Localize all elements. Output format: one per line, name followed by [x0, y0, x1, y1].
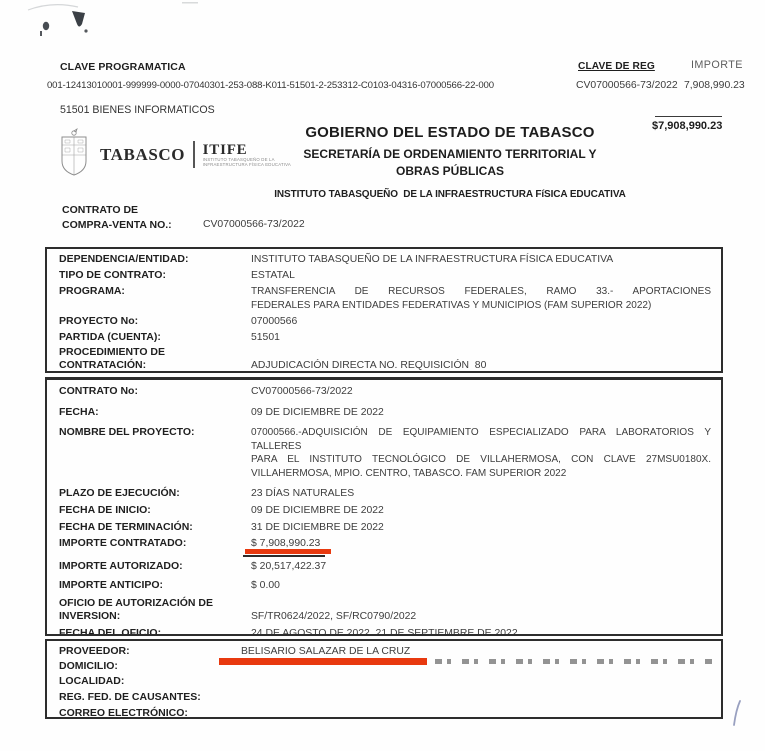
red-highlight-underline: [245, 549, 331, 554]
row-label: CORREO ELECTRÓNICO:: [59, 707, 241, 719]
row-value: 24 DE AGOSTO DE 2022, 21 DE SEPTIEMBRE D…: [251, 627, 711, 636]
table-row-nombre-proyecto: NOMBRE DEL PROYECTO: 07000566.-ADQUISICI…: [59, 426, 711, 480]
table-row-tipo-contrato: TIPO DE CONTRATO: ESTATAL: [59, 269, 711, 282]
document-header: GOBIERNO DEL ESTADO DE TABASCO SECRETARÍ…: [240, 124, 660, 180]
row-label: PROVEEDOR:: [59, 645, 241, 658]
row-value: TRANSFERENCIA DE RECURSOS FEDERALES, RAM…: [251, 285, 711, 312]
table-row-programa: PROGRAMA: TRANSFERENCIA DE RECURSOS FEDE…: [59, 285, 711, 312]
proyecto-line-2: PARA EL INSTITUTO TECNOLÓGICO DE VILLAHE…: [251, 453, 711, 467]
row-label: LOCALIDAD:: [59, 675, 241, 688]
row-value: ADJUDICACIÓN DIRECTA NO. REQUISICIÓN 80: [251, 359, 711, 372]
row-value: 09 DE DICIEMBRE DE 2022: [251, 504, 711, 517]
row-label: IMPORTE CONTRATADO:: [59, 537, 251, 550]
row-label: FECHA DE INICIO:: [59, 504, 251, 517]
row-value: ESTATAL: [251, 269, 711, 282]
general-info-box: DEPENDENCIA/ENTIDAD: INSTITUTO TABASQUEÑ…: [45, 247, 723, 373]
table-row-fecha-terminacion: FECHA DE TERMINACIÓN: 31 DE DICIEMBRE DE…: [59, 521, 711, 534]
clave-programatica-value: 001-12413010001-999999-0000-07040301-253…: [47, 80, 494, 91]
row-label: IMPORTE ANTICIPO:: [59, 579, 251, 592]
row-label: TIPO DE CONTRATO:: [59, 269, 251, 282]
table-row-importe-anticipo: IMPORTE ANTICIPO: $ 0.00: [59, 579, 711, 592]
row-label: REG. FED. DE CAUSANTES:: [59, 691, 241, 704]
contrato-label-line2: COMPRA-VENTA NO.:: [62, 218, 172, 233]
sum-rule-line: [243, 555, 325, 557]
row-label: OFICIO DE AUTORIZACIÓN DE INVERSION:: [59, 597, 251, 623]
row-value: 31 DE DICIEMBRE DE 2022: [251, 521, 711, 534]
row-label: PROGRAMA:: [59, 285, 251, 298]
row-label: PROCEDIMIENTO DE CONTRATACIÓN:: [59, 346, 251, 372]
clave-de-reg-label: CLAVE DE REG: [578, 61, 655, 72]
proyecto-line-3: VILLAHERMOSA, MPIO. CENTRO, TABASCO. FAM…: [251, 467, 711, 481]
red-highlight-underline: [219, 658, 427, 665]
row-label: PROYECTO No:: [59, 315, 251, 328]
row-value: 07000566: [251, 315, 711, 328]
row-value: 23 DÍAS NATURALES: [251, 487, 711, 500]
table-row-contrato-no: CONTRATO No: CV07000566-73/2022: [59, 385, 711, 398]
row-value: CV07000566-73/2022: [251, 385, 711, 398]
contrato-compra-venta-label: CONTRATO DE COMPRA-VENTA NO.:: [62, 203, 172, 233]
table-row-correo: CORREO ELECTRÓNICO:: [59, 707, 711, 719]
gobierno-title: GOBIERNO DEL ESTADO DE TABASCO: [240, 124, 660, 141]
row-label: PLAZO DE EJECUCIÓN:: [59, 487, 251, 500]
pen-slash-mark: [732, 700, 742, 726]
table-row-importe-autorizado: IMPORTE AUTORIZADO: $ 20,517,422.37: [59, 560, 711, 573]
row-label: FECHA DE TERMINACIÓN:: [59, 521, 251, 534]
secretaria-line-2: OBRAS PÚBLICAS: [240, 163, 660, 180]
table-row-importe-contratado: IMPORTE CONTRATADO: $ 7,908,990.23: [59, 537, 711, 550]
contrato-label-line1: CONTRATO DE: [62, 203, 172, 218]
secretaria-subtitle: SECRETARÍA DE ORDENAMIENTO TERRITORIAL Y…: [240, 146, 660, 180]
secretaria-line-1: SECRETARÍA DE ORDENAMIENTO TERRITORIAL Y: [240, 146, 660, 163]
row-value: BELISARIO SALAZAR DE LA CRUZ: [241, 645, 711, 658]
row-label: CONTRATO No:: [59, 385, 251, 398]
table-row-dependencia: DEPENDENCIA/ENTIDAD: INSTITUTO TABASQUEÑ…: [59, 253, 711, 266]
row-value: 51501: [251, 331, 711, 344]
importe-label: IMPORTE: [691, 59, 743, 71]
row-label: NOMBRE DEL PROYECTO:: [59, 426, 251, 439]
row-value: $ 0.00: [251, 579, 711, 592]
scanned-contract-document: CLAVE PROGRAMATICA CLAVE DE REG IMPORTE …: [0, 0, 765, 751]
redacted-text-remnant: [435, 659, 713, 664]
proveedor-name: BELISARIO SALAZAR DE LA CRUZ: [241, 645, 711, 658]
importe-value: 7,908,990.23: [684, 80, 745, 91]
table-row-reg-fed: REG. FED. DE CAUSANTES:: [59, 691, 711, 704]
row-value: 09 DE DICIEMBRE DE 2022: [251, 406, 711, 419]
instituto-line: INSTITUTO TABASQUEÑO DE LA INFRAESTRUCTU…: [190, 189, 710, 200]
programa-line-1: TRANSFERENCIA DE RECURSOS FEDERALES, RAM…: [251, 285, 711, 299]
table-row-oficio-autorizacion: OFICIO DE AUTORIZACIÓN DE INVERSION: SF/…: [59, 597, 711, 623]
row-label-line2: INVERSION:: [59, 610, 251, 623]
contract-details-box: CONTRATO No: CV07000566-73/2022 FECHA: 0…: [45, 377, 723, 636]
table-row-fecha-inicio: FECHA DE INICIO: 09 DE DICIEMBRE DE 2022: [59, 504, 711, 517]
row-label-line1: OFICIO DE AUTORIZACIÓN DE: [59, 597, 251, 610]
table-row-fecha: FECHA: 09 DE DICIEMBRE DE 2022: [59, 406, 711, 419]
programa-line-2: FEDERALES PARA ENTIDADES FEDERATIVAS Y M…: [251, 299, 711, 313]
row-label: DEPENDENCIA/ENTIDAD:: [59, 253, 251, 266]
row-label-line2: CONTRATACIÓN:: [59, 359, 251, 372]
table-row-proyecto: PROYECTO No: 07000566: [59, 315, 711, 328]
ink-smudge-marks: [22, 0, 212, 44]
row-label: IMPORTE AUTORIZADO:: [59, 560, 251, 573]
contrato-number: CV07000566-73/2022: [203, 219, 305, 230]
row-value: INSTITUTO TABASQUEÑO DE LA INFRAESTRUCTU…: [251, 253, 711, 266]
row-label: DOMICILIO:: [59, 660, 241, 673]
row-label: FECHA DEL OFICIO:: [59, 627, 251, 636]
row-value: $ 20,517,422.37: [251, 560, 711, 573]
table-row-plazo: PLAZO DE EJECUCIÓN: 23 DÍAS NATURALES: [59, 487, 711, 500]
row-label-line1: PROCEDIMIENTO DE: [59, 346, 251, 359]
row-label: PARTIDA (CUENTA):: [59, 331, 251, 344]
table-row-fecha-oficio: FECHA DEL OFICIO: 24 DE AGOSTO DE 2022, …: [59, 627, 711, 636]
total-amount: $7,908,990.23: [652, 120, 722, 132]
logo-divider: [193, 141, 195, 168]
row-value: SF/TR0624/2022, SF/RC0790/2022: [251, 610, 711, 623]
proyecto-line-1: 07000566.-ADQUISICIÓN DE EQUIPAMIENTO ES…: [251, 426, 711, 453]
provider-box: PROVEEDOR: BELISARIO SALAZAR DE LA CRUZ …: [45, 639, 723, 719]
table-row-procedimiento: PROCEDIMIENTO DE CONTRATACIÓN: ADJUDICAC…: [59, 346, 711, 372]
table-row-localidad: LOCALIDAD:: [59, 675, 711, 688]
row-value: 07000566.-ADQUISICIÓN DE EQUIPAMIENTO ES…: [251, 426, 711, 480]
row-value: $ 7,908,990.23: [251, 537, 711, 550]
row-label: FECHA:: [59, 406, 251, 419]
clave-programatica-label: CLAVE PROGRAMATICA: [60, 61, 186, 73]
clave-de-reg-value: CV07000566-73/2022: [576, 80, 678, 91]
partida-line: 51501 BIENES INFORMATICOS: [60, 104, 215, 116]
logo-brand-text: TABASCO: [100, 145, 185, 165]
coat-of-arms-icon: [56, 127, 92, 179]
table-row-proveedor: PROVEEDOR: BELISARIO SALAZAR DE LA CRUZ: [59, 645, 711, 658]
total-rule: [655, 116, 722, 117]
table-row-partida: PARTIDA (CUENTA): 51501: [59, 331, 711, 344]
